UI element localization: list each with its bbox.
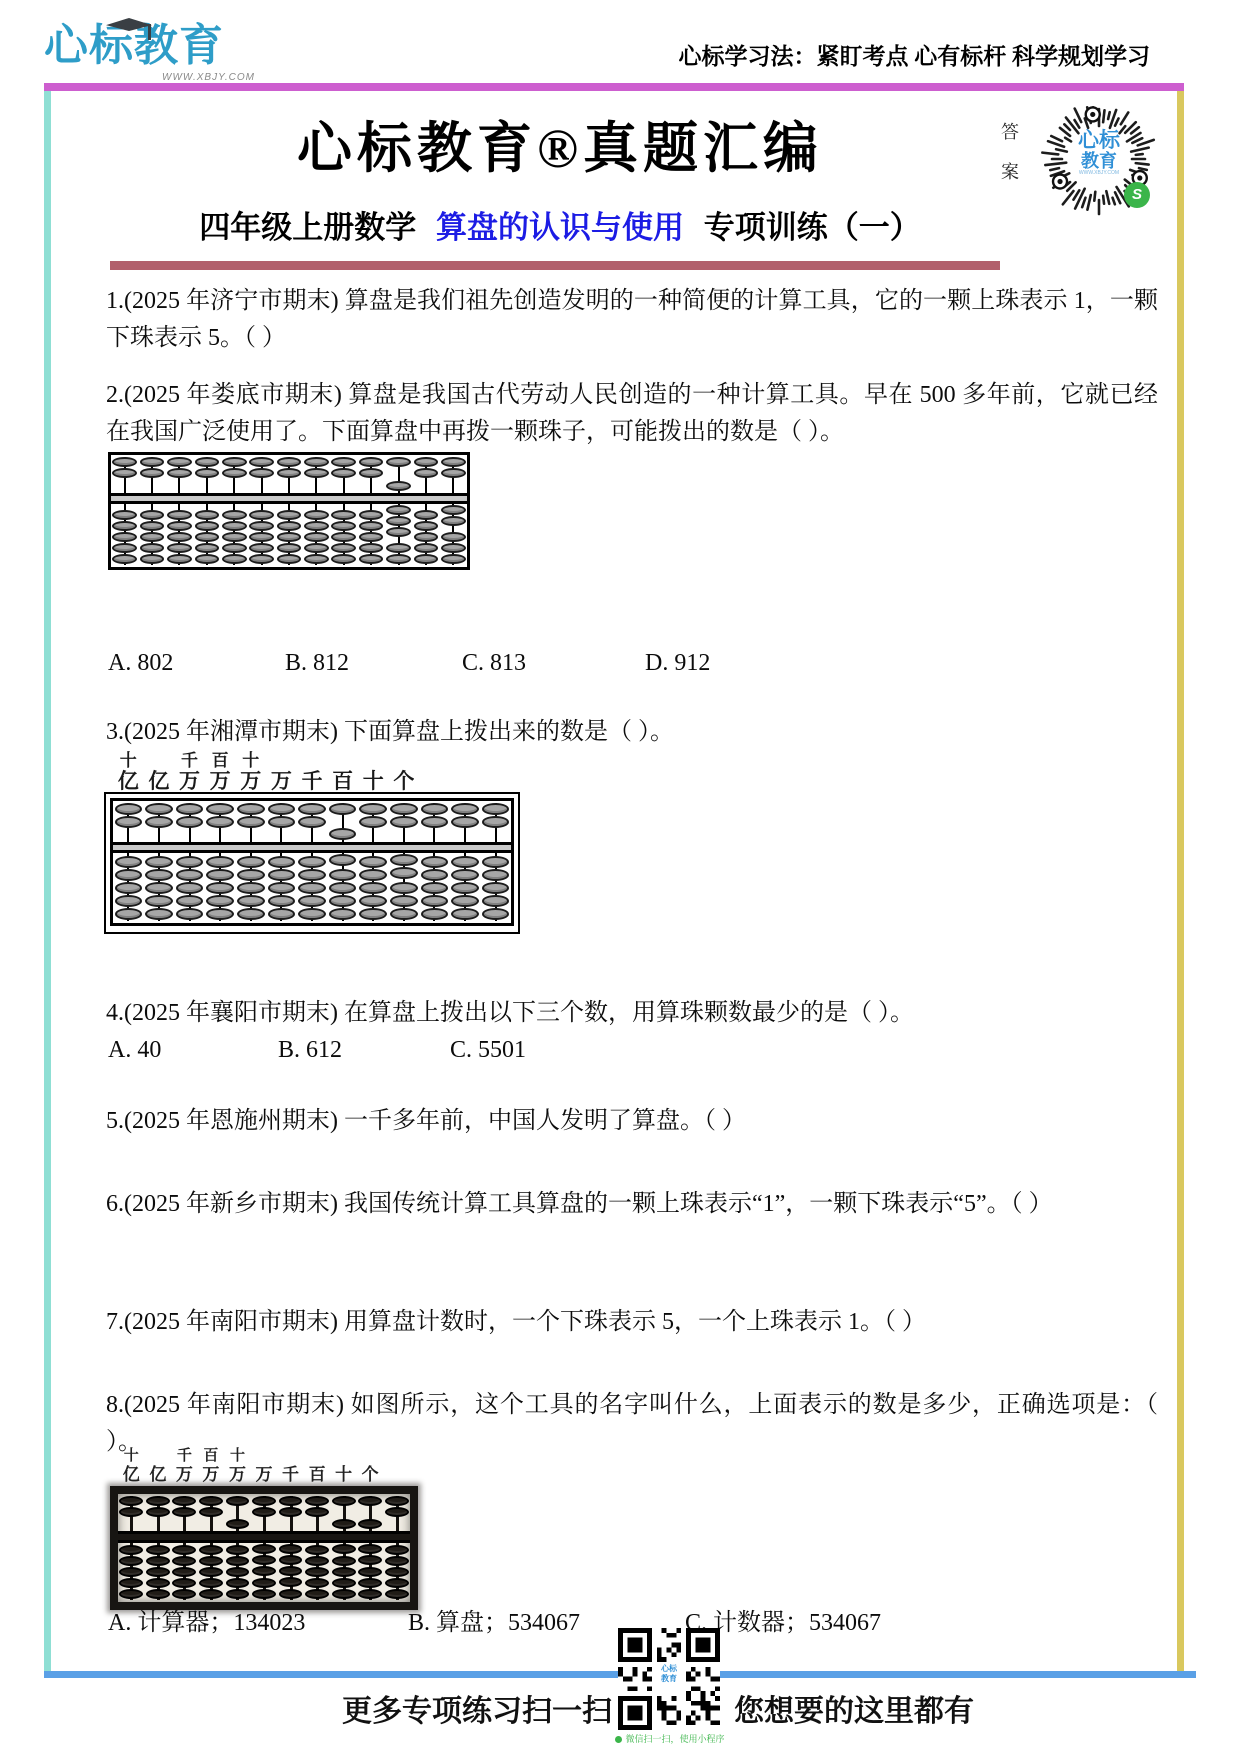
abacus-bead xyxy=(331,457,356,467)
abacus-bead xyxy=(119,1589,143,1599)
abacus-bead xyxy=(305,1589,329,1599)
abacus-bead xyxy=(140,532,165,542)
abacus-bead xyxy=(331,554,356,564)
abacus-bead xyxy=(115,869,143,881)
abacus-bead xyxy=(119,1545,143,1555)
abacus-bead xyxy=(359,869,387,881)
question-6: 6.(2025 年新乡市期末) 我国传统计算工具算盘的一颗上珠表示“1”，一颗下… xyxy=(106,1186,1158,1223)
abacus-bead xyxy=(359,521,384,531)
subtitle-rule xyxy=(110,261,1000,270)
abacus-bead xyxy=(358,1555,382,1565)
abacus-bead xyxy=(421,856,449,868)
abacus-bead xyxy=(414,532,439,542)
place-label: 万 xyxy=(271,765,292,795)
option-q2-d: D. 912 xyxy=(645,650,710,677)
abacus-bead xyxy=(441,457,466,467)
place-label: 万 xyxy=(210,765,231,795)
abacus-bead xyxy=(195,543,220,553)
abacus-bead xyxy=(305,1578,329,1588)
abacus-bead xyxy=(359,908,387,920)
question-4: 4.(2025 年襄阳市期末) 在算盘上拨出以下三个数，用算珠颗数最少的是（ ）… xyxy=(106,995,1158,1032)
worksheet-page: 心标教育 WWW.XBJY.COM 心标学习法：紧盯考点 心有标杆 科学规划学习… xyxy=(0,0,1240,1754)
abacus-bead xyxy=(237,895,265,907)
abacus-bead xyxy=(145,856,173,868)
abacus-bead xyxy=(451,803,479,815)
abacus-bead xyxy=(226,1578,250,1588)
abacus-bead xyxy=(176,816,204,828)
abacus-bead xyxy=(146,1545,170,1555)
place-label: 万 xyxy=(240,765,261,795)
abacus-bead xyxy=(359,543,384,553)
place-label: 个 xyxy=(393,765,414,795)
abacus-bead xyxy=(332,1519,356,1529)
abacus-bead xyxy=(249,554,274,564)
abacus-bead xyxy=(145,882,173,894)
abacus-bead xyxy=(421,908,449,920)
abacus-bead xyxy=(277,457,302,467)
abacus-bead xyxy=(145,869,173,881)
abacus-bead xyxy=(390,854,418,866)
abacus-bead xyxy=(167,521,192,531)
abacus-bead xyxy=(222,532,247,542)
subtitle-prefix: 四年级上册数学 xyxy=(199,210,416,245)
abacus-bead xyxy=(172,1545,196,1555)
abacus-bead xyxy=(222,521,247,531)
option-q4-a: A. 40 xyxy=(108,1037,161,1064)
abacus-bead xyxy=(305,1545,329,1555)
abacus-bead xyxy=(329,882,357,894)
abacus-bead xyxy=(304,554,329,564)
abacus-bead xyxy=(385,1507,409,1517)
abacus-bead xyxy=(140,521,165,531)
abacus-bead xyxy=(358,1578,382,1588)
wechat-dot-icon xyxy=(615,1736,622,1743)
abacus-beam xyxy=(118,1531,410,1543)
footer-qr-code: 心标 教育 xyxy=(618,1628,720,1730)
abacus-bead xyxy=(252,1544,276,1554)
abacus-bead xyxy=(279,1496,303,1506)
abacus-bead xyxy=(304,532,329,542)
abacus-bead xyxy=(176,803,204,815)
abacus-bead xyxy=(206,803,234,815)
abacus-bead xyxy=(195,510,220,520)
abacus-bead xyxy=(279,1544,303,1554)
abacus-bead xyxy=(358,1496,382,1506)
abacus-bead xyxy=(146,1567,170,1577)
place-label: 亿 xyxy=(149,1460,166,1485)
place-label: 百 xyxy=(332,765,353,795)
question-1: 1.(2025 年济宁市期末) 算盘是我们祖先创造发明的一种简便的计算工具，它的… xyxy=(106,283,1158,357)
abacus-bead xyxy=(145,803,173,815)
place-label: 亿 xyxy=(118,765,139,795)
abacus-bead xyxy=(482,856,510,868)
abacus-bead xyxy=(482,895,510,907)
abacus-bead xyxy=(167,468,192,478)
abacus-bead xyxy=(385,1545,409,1555)
abacus-bead xyxy=(195,521,220,531)
mini-program-code-logo: 心标 教育 WWW.XBJY.COM xyxy=(1062,130,1136,176)
place-label: 十 xyxy=(335,1460,352,1485)
abacus-bead xyxy=(414,521,439,531)
abacus-bead xyxy=(359,468,384,478)
abacus-bead xyxy=(329,828,357,840)
abacus-bead xyxy=(279,1507,303,1517)
abacus-bead xyxy=(279,1577,303,1587)
abacus-bead xyxy=(195,468,220,478)
abacus-bead xyxy=(112,532,137,542)
abacus-bead xyxy=(421,882,449,894)
abacus-bead xyxy=(279,1566,303,1576)
abacus-bead xyxy=(206,895,234,907)
abacus-bead xyxy=(237,869,265,881)
abacus-bead xyxy=(332,1496,356,1506)
abacus-bead xyxy=(451,895,479,907)
place-label: 千 xyxy=(282,1460,299,1485)
abacus-bead xyxy=(277,532,302,542)
abacus-bead xyxy=(331,532,356,542)
abacus-bead xyxy=(441,505,466,515)
option-q4-c: C. 5501 xyxy=(450,1037,526,1064)
abacus-bead xyxy=(385,1578,409,1588)
abacus-q3-outer xyxy=(104,792,520,934)
abacus-bead xyxy=(237,856,265,868)
abacus-bead xyxy=(329,803,357,815)
brand-logo: 心标教育 WWW.XBJY.COM xyxy=(44,16,274,82)
abacus-bead xyxy=(482,803,510,815)
abacus-bead xyxy=(115,908,143,920)
abacus-bead xyxy=(332,1556,356,1566)
abacus-bead xyxy=(385,1496,409,1506)
footer-qr-logo-line1: 心标 xyxy=(652,1664,686,1674)
abacus-bead xyxy=(441,532,466,542)
option-q2-b: B. 812 xyxy=(285,650,349,677)
abacus-bead xyxy=(277,468,302,478)
option-q8-b: B. 算盘；534067 xyxy=(408,1602,580,1637)
abacus-bead xyxy=(332,1578,356,1588)
abacus-q2-frame xyxy=(108,452,470,570)
abacus-bead xyxy=(206,816,234,828)
abacus-bead xyxy=(441,516,466,526)
abacus-bead xyxy=(331,510,356,520)
abacus-bead xyxy=(252,1566,276,1576)
abacus-bead xyxy=(359,816,387,828)
option-q2-c: C. 813 xyxy=(462,650,526,677)
abacus-bead xyxy=(226,1496,250,1506)
wechat-mini-program-icon: S xyxy=(1124,182,1150,208)
place-label: 万 xyxy=(179,765,200,795)
option-q8-a: A. 计算器；134023 xyxy=(108,1602,305,1637)
abacus-bead xyxy=(277,521,302,531)
abacus-bead xyxy=(268,895,296,907)
question-2: 2.(2025 年娄底市期末) 算盘是我国古代劳动人民创造的一种计算工具。早在 … xyxy=(106,377,1158,451)
place-label: 亿 xyxy=(148,765,169,795)
abacus-bead xyxy=(304,468,329,478)
abacus-bead xyxy=(359,895,387,907)
abacus-bead xyxy=(226,1556,250,1566)
question-2-options: A. 802 B. 812 C. 813 D. 912 xyxy=(0,650,1240,690)
abacus-bead xyxy=(176,895,204,907)
abacus-bead xyxy=(277,543,302,553)
abacus-bead xyxy=(359,532,384,542)
abacus-bead xyxy=(268,856,296,868)
frame-line-left xyxy=(44,91,51,1671)
abacus-bead xyxy=(226,1567,250,1577)
abacus-bead xyxy=(172,1507,196,1517)
abacus-bead xyxy=(298,803,326,815)
abacus-bead xyxy=(195,457,220,467)
mp-logo-line1: 心标 xyxy=(1062,130,1136,152)
abacus-bead xyxy=(268,803,296,815)
abacus-bead xyxy=(390,867,418,879)
abacus-bead xyxy=(329,854,357,866)
abacus-bead xyxy=(304,510,329,520)
abacus-bead xyxy=(206,882,234,894)
abacus-bead xyxy=(172,1496,196,1506)
abacus-bead xyxy=(305,1556,329,1566)
abacus-bead xyxy=(249,457,274,467)
abacus-bead xyxy=(167,532,192,542)
abacus-bead xyxy=(199,1507,223,1517)
abacus-bead xyxy=(386,543,411,553)
abacus-bead xyxy=(172,1556,196,1566)
place-label: 十 xyxy=(363,765,384,795)
abacus-bead xyxy=(304,543,329,553)
option-q2-a: A. 802 xyxy=(108,650,173,677)
abacus-bead xyxy=(146,1578,170,1588)
abacus-bead xyxy=(172,1567,196,1577)
page-subtitle: 四年级上册数学 算盘的认识与使用 专项训练（一） xyxy=(50,202,1070,247)
graduation-cap-tassel xyxy=(148,24,151,40)
abacus-bead xyxy=(146,1507,170,1517)
place-labels-row2: 亿亿万万万万千百十个 xyxy=(104,765,520,789)
abacus-beam xyxy=(111,493,467,504)
footer-qr-logo: 心标 教育 xyxy=(652,1664,686,1694)
abacus-bead xyxy=(237,882,265,894)
abacus-bead xyxy=(441,554,466,564)
abacus-bead xyxy=(115,816,143,828)
abacus-bead xyxy=(332,1589,356,1599)
question-7: 7.(2025 年南阳市期末) 用算盘计数时，一个下珠表示 5，一个上珠表示 1… xyxy=(106,1304,1158,1341)
page-title: 心标教育®真题汇编 xyxy=(50,104,1070,183)
abacus-bead xyxy=(390,895,418,907)
abacus-bead xyxy=(199,1556,223,1566)
abacus-q3-frame xyxy=(110,798,514,926)
question-5: 5.(2025 年恩施州期末) 一千多年前，中国人发明了算盘。（ ） xyxy=(106,1103,1158,1140)
abacus-bead xyxy=(358,1567,382,1577)
abacus-bead xyxy=(358,1589,382,1599)
frame-line-top xyxy=(44,83,1184,91)
abacus-bead xyxy=(140,457,165,467)
footer-qr-caption: 微信扫一扫，使用小程序 xyxy=(590,1732,750,1745)
abacus-bead xyxy=(115,803,143,815)
abacus-bead xyxy=(112,457,137,467)
abacus-bead xyxy=(140,543,165,553)
abacus-bead xyxy=(199,1589,223,1599)
abacus-bead xyxy=(386,554,411,564)
abacus-bead xyxy=(304,521,329,531)
abacus-q8: 十千百十 亿亿万万万万千百十个 xyxy=(110,1444,418,1610)
abacus-bead xyxy=(359,882,387,894)
abacus-bead xyxy=(359,803,387,815)
abacus-bead xyxy=(249,468,274,478)
abacus-bead xyxy=(441,543,466,553)
abacus-bead xyxy=(386,516,411,526)
abacus-bead xyxy=(206,908,234,920)
abacus-bead xyxy=(482,908,510,920)
abacus-bead xyxy=(332,1567,356,1577)
abacus-bead xyxy=(359,510,384,520)
abacus-bead xyxy=(414,543,439,553)
abacus-bead xyxy=(145,895,173,907)
abacus-bead xyxy=(329,869,357,881)
abacus-bead xyxy=(331,521,356,531)
mp-logo-url: WWW.XBJY.COM xyxy=(1062,171,1136,176)
abacus-bead xyxy=(268,869,296,881)
abacus-bead xyxy=(298,895,326,907)
abacus-q8-frame xyxy=(110,1486,418,1610)
abacus-bead xyxy=(277,510,302,520)
abacus-beam xyxy=(113,842,511,853)
abacus-bead xyxy=(222,468,247,478)
abacus-bead xyxy=(146,1556,170,1566)
abacus-bead xyxy=(206,856,234,868)
footer-qr-logo-line2: 教育 xyxy=(652,1674,686,1684)
abacus-bead xyxy=(112,521,137,531)
abacus-bead xyxy=(199,1567,223,1577)
abacus-bead xyxy=(390,882,418,894)
abacus-bead xyxy=(385,1589,409,1599)
abacus-bead xyxy=(112,510,137,520)
abacus-bead xyxy=(331,468,356,478)
abacus-bead xyxy=(237,816,265,828)
abacus-bead xyxy=(268,908,296,920)
place-label: 千 xyxy=(302,765,323,795)
place-label: 百 xyxy=(309,1460,326,1485)
abacus-bead xyxy=(119,1567,143,1577)
abacus-bead xyxy=(386,505,411,515)
abacus-bead xyxy=(421,816,449,828)
abacus-bead xyxy=(199,1496,223,1506)
abacus-bead xyxy=(451,908,479,920)
abacus-bead xyxy=(172,1578,196,1588)
abacus-bead xyxy=(115,895,143,907)
abacus-bead xyxy=(331,543,356,553)
abacus-bead xyxy=(199,1545,223,1555)
abacus-bead xyxy=(414,554,439,564)
abacus-bead xyxy=(195,554,220,564)
brand-logo-url: WWW.XBJY.COM xyxy=(162,72,255,83)
abacus-bead xyxy=(359,856,387,868)
abacus-bead xyxy=(119,1578,143,1588)
abacus-bead xyxy=(115,882,143,894)
abacus-bead xyxy=(222,457,247,467)
abacus-bead xyxy=(112,543,137,553)
place-label: 亿 xyxy=(123,1460,140,1485)
abacus-bead xyxy=(305,1567,329,1577)
place-label: 万 xyxy=(176,1460,193,1485)
subtitle-suffix: 专项训练（一） xyxy=(704,210,921,245)
abacus-bead xyxy=(298,856,326,868)
abacus-bead xyxy=(421,869,449,881)
abacus-bead xyxy=(119,1556,143,1566)
place-label: 万 xyxy=(229,1460,246,1485)
abacus-bead xyxy=(252,1578,276,1588)
abacus-bead xyxy=(414,457,439,467)
abacus-bead xyxy=(206,869,234,881)
abacus-bead xyxy=(451,816,479,828)
abacus-bead xyxy=(167,510,192,520)
abacus-bead xyxy=(145,908,173,920)
abacus-bead xyxy=(249,521,274,531)
abacus-bead xyxy=(482,869,510,881)
abacus-bead xyxy=(451,882,479,894)
subtitle-topic: 算盘的认识与使用 xyxy=(436,210,684,245)
abacus-bead xyxy=(298,816,326,828)
abacus-bead xyxy=(249,543,274,553)
abacus-bead xyxy=(176,856,204,868)
abacus-bead xyxy=(237,908,265,920)
abacus-q3: 十千百十 亿亿万万万万千百十个 xyxy=(104,746,520,934)
abacus-bead xyxy=(390,816,418,828)
abacus-bead xyxy=(252,1496,276,1506)
abacus-bead xyxy=(451,869,479,881)
abacus-bead xyxy=(112,468,137,478)
abacus-bead xyxy=(268,882,296,894)
abacus-bead xyxy=(222,510,247,520)
abacus-bead xyxy=(222,554,247,564)
abacus-q2 xyxy=(108,452,470,570)
abacus-bead xyxy=(176,908,204,920)
abacus-bead xyxy=(279,1589,303,1599)
abacus-bead xyxy=(386,481,411,491)
abacus-bead xyxy=(112,554,137,564)
abacus-bead xyxy=(252,1507,276,1517)
abacus-bead xyxy=(167,457,192,467)
abacus-bead xyxy=(359,457,384,467)
abacus-bead xyxy=(277,554,302,564)
abacus-bead xyxy=(199,1578,223,1588)
abacus-bead xyxy=(298,908,326,920)
abacus-bead xyxy=(421,895,449,907)
abacus-bead xyxy=(329,895,357,907)
abacus-bead xyxy=(414,468,439,478)
abacus-bead xyxy=(329,908,357,920)
abacus-bead xyxy=(195,532,220,542)
abacus-bead xyxy=(390,803,418,815)
abacus-bead xyxy=(140,468,165,478)
abacus-bead xyxy=(226,1545,250,1555)
abacus-bead xyxy=(226,1589,250,1599)
abacus-bead xyxy=(167,543,192,553)
abacus-bead xyxy=(414,510,439,520)
abacus-bead xyxy=(386,527,411,537)
abacus-bead xyxy=(237,803,265,815)
abacus-bead xyxy=(386,457,411,467)
abacus-bead xyxy=(305,1496,329,1506)
place-labels-row2: 亿亿万万万万千百十个 xyxy=(110,1460,418,1484)
footer-left-text: 更多专项练习扫一扫 xyxy=(342,1686,612,1730)
abacus-bead xyxy=(146,1589,170,1599)
abacus-bead xyxy=(252,1555,276,1565)
place-label: 万 xyxy=(202,1460,219,1485)
abacus-bead xyxy=(332,1544,356,1554)
mp-logo-line2: 教育 xyxy=(1062,152,1136,171)
abacus-bead xyxy=(359,554,384,564)
question-4-options: A. 40 B. 612 C. 5501 xyxy=(0,1037,1240,1077)
abacus-bead xyxy=(145,816,173,828)
abacus-bead xyxy=(298,869,326,881)
abacus-bead xyxy=(172,1589,196,1599)
